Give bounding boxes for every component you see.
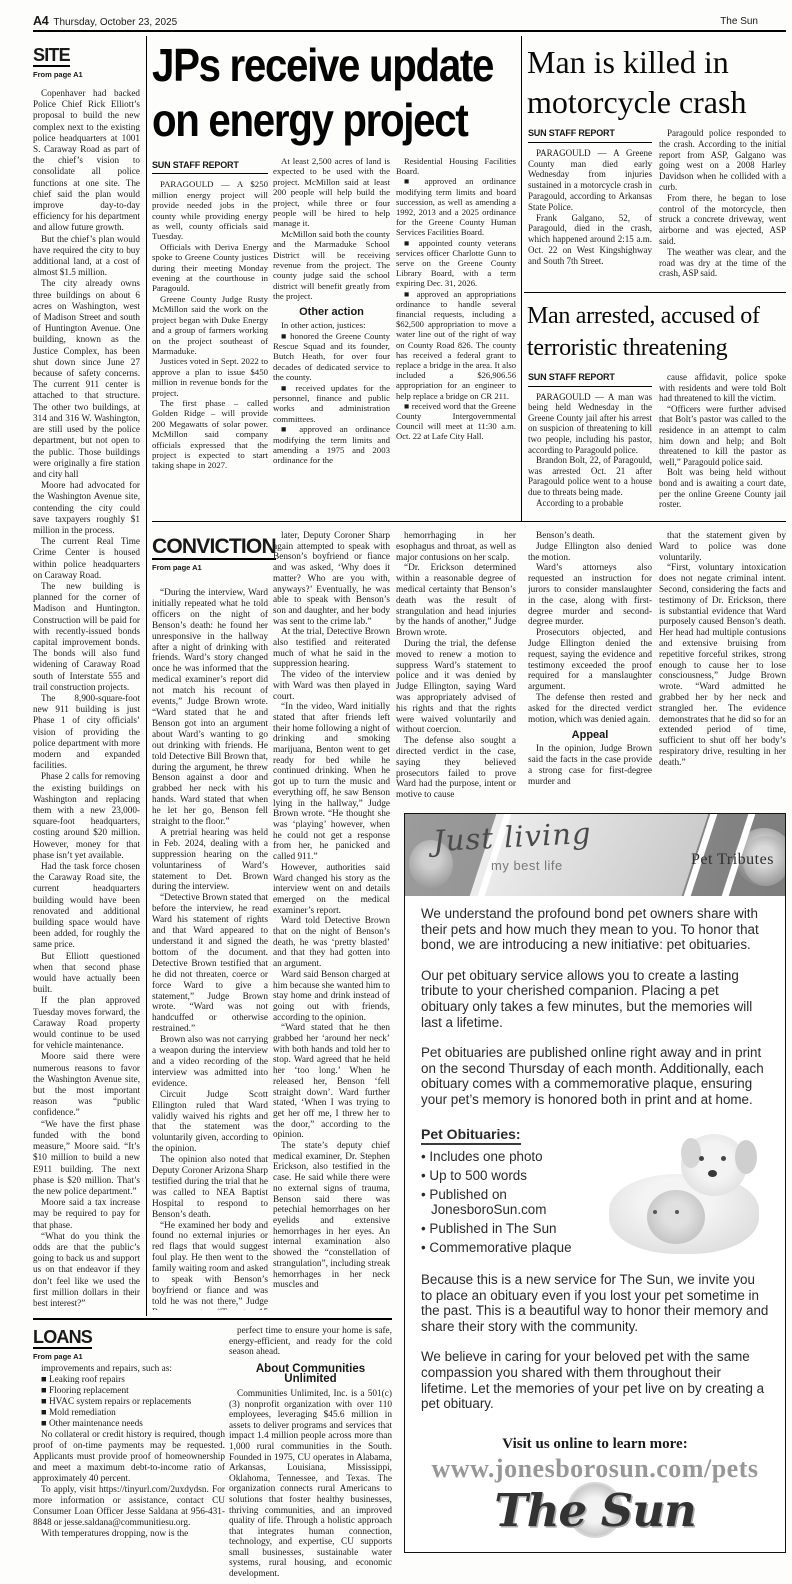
paragraph: PARAGOULD — A man was being held Wednesd… <box>528 392 652 456</box>
conviction-col5: that the statement given by Ward to poli… <box>659 531 786 813</box>
conviction-col4-paragraphs: Benson’s death.Judge Ellington also deni… <box>528 531 652 725</box>
kitten-photo <box>647 1190 705 1244</box>
puppy-eye <box>721 1156 726 1161</box>
paragraph: Ward’s attorneys also requested an instr… <box>528 563 652 628</box>
paragraph: Pet obituaries are published online righ… <box>421 1045 769 1107</box>
paragraph: Our pet obituary service allows you to c… <box>421 968 769 1030</box>
paragraph: “What do you think the odds are that the… <box>33 1231 140 1309</box>
paragraph: Bolt was being held without bond and is … <box>659 467 786 509</box>
ad-cta: Visit us online to learn more: <box>405 1436 785 1453</box>
paragraph: ■ approved an ordinance modifying the te… <box>273 424 390 466</box>
paragraph: At the trial, Detective Brown also testi… <box>273 627 390 670</box>
masthead-left: A4Thursday, October 23, 2025 <box>33 14 177 28</box>
conviction-col3-paragraphs: hemorrhaging in her esophagus and throat… <box>396 531 516 801</box>
loans-title: LOANS <box>33 1328 92 1349</box>
conviction-col3: hemorrhaging in her esophagus and throat… <box>396 531 516 808</box>
paragraph: Judge Ellington also denied the motion. <box>528 542 652 564</box>
conviction-col4: Benson’s death.Judge Ellington also deni… <box>528 531 652 809</box>
energy-col3: Residential Housing Facilities Board.■ a… <box>396 156 516 518</box>
paragraph: ■ honored the Greene County Rescue Squad… <box>273 331 390 383</box>
paragraph: The video of the interview with Ward was… <box>273 670 390 702</box>
vertical-divider-right <box>521 36 522 521</box>
ad-banner: Just living my best life Pet Tributes <box>405 814 785 896</box>
conviction-col1: “During the interview, Ward initially re… <box>152 588 268 1310</box>
arrest-col1-paragraphs: PARAGOULD — A man was being held Wednesd… <box>528 392 652 509</box>
energy-col1-paragraphs: PARAGOULD — A $250 million energy projec… <box>152 179 268 470</box>
paragraph: Brown also was not carrying a weapon dur… <box>152 1035 268 1090</box>
paragraph: Because this is a new service for The Su… <box>421 1272 769 1334</box>
paragraph: The current Real Time Crime Center is ho… <box>33 536 140 581</box>
other-action-subhead: Other action <box>273 307 390 317</box>
paragraph: “Dr. Erickson determined within a reason… <box>396 563 516 639</box>
paragraph: The first phase – called Golden Ridge – … <box>152 398 268 471</box>
conviction-article-header: CONVICTION From page A1 <box>152 536 276 572</box>
arrest-col2: cause affidavit, police spoke with resid… <box>659 372 786 519</box>
paragraph: Moore said a tax increase may be require… <box>33 1197 140 1231</box>
masthead-rule <box>33 30 786 32</box>
puppy-ear <box>681 1138 701 1168</box>
kitten-eye <box>653 1210 657 1214</box>
energy-col2-paragraphs: At least 2,500 acres of land is expected… <box>273 156 390 302</box>
site-article-header: SITE From page A1 <box>33 46 83 79</box>
newspaper-page: A4Thursday, October 23, 2025 The Sun SIT… <box>0 0 792 1584</box>
about-cu-subhead: About Communities Unlimited <box>229 1364 392 1385</box>
motorcycle-col2-paragraphs: Paragould police responded to the crash.… <box>659 128 786 279</box>
issue-date: Thursday, October 23, 2025 <box>53 17 177 28</box>
paragraph: “Officers were further advised that Bolt… <box>659 404 786 468</box>
motorcycle-col1-paragraphs: PARAGOULD — A Greene County man died ear… <box>528 148 652 267</box>
pet-tributes-ad: Just living my best life Pet Tributes We… <box>404 813 786 1553</box>
loans-col2-paragraphs: perfect time to ensure your home is safe… <box>229 1326 392 1358</box>
loans-article-header: LOANS From page A1 <box>33 1328 92 1361</box>
paragraph: But the chief’s plan would have required… <box>33 234 140 279</box>
paragraph: With temperatures dropping, now is the <box>33 1529 225 1540</box>
paragraph: Public confidence is “priceless.” <box>33 1309 140 1310</box>
kitten-eye <box>675 1210 679 1214</box>
motorcycle-col2: Paragould police responded to the crash.… <box>659 128 786 288</box>
paragraph: ■ approved an ordinance modifying term l… <box>396 176 516 237</box>
paragraph: Justices voted in Sept. 2022 to approve … <box>152 356 268 398</box>
energy-byline: SUN STAFF REPORT <box>152 160 268 174</box>
site-paragraphs: Copenhaver had backed Police Chief Rick … <box>33 88 140 1310</box>
conviction-col5-paragraphs: that the statement given by Ward to poli… <box>659 531 786 769</box>
paragraph: “Ward stated that he then grabbed her ‘a… <box>273 1023 390 1141</box>
paragraph: • Commemorative plaque <box>421 1240 616 1256</box>
paragraph: The defense also sought a directed verdi… <box>396 736 516 801</box>
ad-intro-paragraphs: We understand the profound bond pet owne… <box>421 906 769 1123</box>
conviction-col2: later, Deputy Coroner Sharp again attemp… <box>273 531 390 1310</box>
paragraph: Frank Galgano, 52, of Paragould, died in… <box>528 213 652 267</box>
paragraph: ■ HVAC system repairs or replacements <box>33 1397 225 1408</box>
paragraph: A pretrial hearing was held in Feb. 2024… <box>152 828 268 893</box>
paragraph: PARAGOULD — A Greene County man died ear… <box>528 148 652 213</box>
paragraph: • Includes one photo <box>421 1149 616 1165</box>
site-title: SITE <box>33 46 70 67</box>
ad-bottom-paragraphs: Because this is a new service for The Su… <box>421 1272 769 1427</box>
paragraph: that the statement given by Ward to poli… <box>659 531 786 563</box>
paragraph: We understand the profound bond pet owne… <box>421 906 769 953</box>
conviction-col2-paragraphs: later, Deputy Coroner Sharp again attemp… <box>273 531 390 1291</box>
paragraph: ■ Flooring replacement <box>33 1386 225 1397</box>
paragraph: “We have the first phase funded with the… <box>33 1119 140 1197</box>
vertical-divider-left <box>146 36 147 1316</box>
puppy-nose <box>708 1170 717 1177</box>
paragraph: ■ approved an appropriations ordinance t… <box>396 289 516 401</box>
paragraph: ■ received word that the Greene County I… <box>396 401 516 442</box>
paragraph: “He examined her body and found no exter… <box>152 1221 268 1310</box>
paragraph: “In the video, Ward initially stated tha… <box>273 702 390 863</box>
paragraph: Copenhaver had backed Police Chief Rick … <box>33 88 140 234</box>
paragraph: We believe in caring for your beloved pe… <box>421 1349 769 1411</box>
ad-url: www.jonesborosun.com/pets <box>405 1454 785 1484</box>
energy-col3-list: Residential Housing Facilities Board.■ a… <box>396 156 516 442</box>
paragraph: • Published in The Sun <box>421 1221 616 1237</box>
motorcycle-byline: SUN STAFF REPORT <box>528 128 652 143</box>
paragraph: If the plan approved Tuesday moves forwa… <box>33 995 140 1051</box>
paragraph: Circuit Judge Scott Ellington ruled that… <box>152 1090 268 1155</box>
paragraph: The defense then rested and asked for th… <box>528 693 652 725</box>
paragraph: The weather was clear, and the road was … <box>659 247 786 279</box>
paragraph: • Up to 500 words <box>421 1168 616 1184</box>
paragraph: hemorrhaging in her esophagus and throat… <box>396 531 516 563</box>
paragraph: Paragould police responded to the crash.… <box>659 128 786 193</box>
paragraph: ■ received updates for the personnel, fi… <box>273 383 390 425</box>
paragraph: But Elliott questioned when that second … <box>33 951 140 996</box>
paragraph: Phase 2 calls for removing the existing … <box>33 771 140 861</box>
paragraph: Officials with Deriva Energy spoke to Gr… <box>152 242 268 294</box>
banner-sub-text: my best life <box>491 858 563 873</box>
motorcycle-headline: Man is killed in motorcycle crash <box>527 42 787 122</box>
puppy-ear <box>735 1140 757 1174</box>
site-article-body: Copenhaver had backed Police Chief Rick … <box>33 88 140 1310</box>
paragraph: Ward told Detective Brown that on the ni… <box>273 916 390 970</box>
paragraph: ■ Leaking roof repairs <box>33 1375 225 1386</box>
arrest-col2-paragraphs: cause affidavit, police spoke with resid… <box>659 372 786 510</box>
puppy-kitten-photo <box>595 1132 775 1260</box>
article-divider <box>524 292 786 293</box>
newspaper-name: The Sun <box>720 16 758 27</box>
paragraph: The city already owns three buildings on… <box>33 278 140 480</box>
paragraph: However, authorities said Ward changed h… <box>273 863 390 917</box>
paragraph: According to a probable <box>528 498 652 509</box>
loans-col1-paragraphs: improvements and repairs, such as:■ Leak… <box>33 1364 225 1540</box>
sun-logo-text: The Sun <box>405 1482 785 1540</box>
paragraph: At least 2,500 acres of land is expected… <box>273 156 390 229</box>
paragraph: From there, he began to lose control of … <box>659 193 786 247</box>
appeal-subhead: Appeal <box>528 730 652 741</box>
loans-col1: improvements and repairs, such as:■ Leak… <box>33 1364 225 1580</box>
paragraph: McMillon said both the county and the Ma… <box>273 229 390 302</box>
paragraph: cause affidavit, police spoke with resid… <box>659 372 786 404</box>
conviction-title: CONVICTION <box>152 536 276 560</box>
paragraph: PARAGOULD — A $250 million energy projec… <box>152 179 268 241</box>
paragraph: Moore had advocated for the Washington A… <box>33 480 140 536</box>
paragraph: “During the interview, Ward initially re… <box>152 588 268 828</box>
paragraph: Communities Unlimited, Inc. is a 501(c)(… <box>229 1389 392 1580</box>
paragraph: Greene County Judge Rusty McMillon said … <box>152 294 268 356</box>
section-divider <box>152 521 786 522</box>
paragraph: later, Deputy Coroner Sharp again attemp… <box>273 531 390 627</box>
paragraph: The opinion also noted that Deputy Coron… <box>152 1155 268 1220</box>
energy-col2-list: In other action, justices:■ honored the … <box>273 320 390 466</box>
sun-logo: The Sun <box>405 1482 785 1544</box>
paragraph: The new building is planned for the corn… <box>33 581 140 693</box>
energy-col2: At least 2,500 acres of land is expected… <box>273 156 390 518</box>
paragraph: Prosecutors objected, and Judge Ellingto… <box>528 628 652 693</box>
paragraph: To apply, visit https://tinyurl.com/2uxd… <box>33 1485 225 1529</box>
paragraph: During the trial, the defense moved to r… <box>396 639 516 736</box>
paragraph: improvements and repairs, such as: <box>33 1364 225 1375</box>
paragraph: In the opinion, Judge Brown said the fac… <box>528 744 652 787</box>
loans-col2: perfect time to ensure your home is safe… <box>229 1326 392 1580</box>
paragraph: The 8,900-square-foot new 911 building i… <box>33 693 140 771</box>
paragraph: Had the task force chosen the Caraway Ro… <box>33 861 140 951</box>
arrest-col1: SUN STAFF REPORT PARAGOULD — A man was b… <box>528 372 652 519</box>
paragraph: ■ Other maintenance needs <box>33 1419 225 1430</box>
paragraph: No collateral or credit history is requi… <box>33 1430 225 1485</box>
paragraph: Benson’s death. <box>528 531 652 542</box>
conviction-col1-paragraphs: “During the interview, Ward initially re… <box>152 588 268 1310</box>
motorcycle-col1: SUN STAFF REPORT PARAGOULD — A Greene Co… <box>528 128 652 288</box>
site-kicker: From page A1 <box>33 70 83 79</box>
conviction-kicker: From page A1 <box>152 563 276 572</box>
arrest-byline: SUN STAFF REPORT <box>528 372 652 387</box>
paragraph: Brandon Bolt, 22, of Paragould, was arre… <box>528 455 652 497</box>
paragraph: “Detective Brown stated that before the … <box>152 893 268 1035</box>
pet-obituaries-heading: Pet Obituaries: <box>421 1126 521 1145</box>
banner-pet-tributes-label: Pet Tributes <box>691 851 774 869</box>
page-number: A4 <box>33 14 48 28</box>
paragraph: ■ Mold remediation <box>33 1408 225 1419</box>
paragraph: Moore said there were numerous reasons t… <box>33 1051 140 1118</box>
paragraph: In other action, justices: <box>273 320 390 330</box>
paragraph: perfect time to ensure your home is safe… <box>229 1326 392 1358</box>
pet-obituaries-list: • Includes one photo• Up to 500 words• P… <box>421 1149 616 1259</box>
puppy-eye <box>699 1156 704 1161</box>
energy-headline: JPs receive update on energy project <box>152 38 518 148</box>
conviction-col4b-paragraphs: In the opinion, Judge Brown said the fac… <box>528 744 652 787</box>
paragraph: Residential Housing Facilities Board. <box>396 156 516 176</box>
arrest-headline: Man arrested, accused of terroristic thr… <box>527 300 789 364</box>
loans-divider <box>33 1318 392 1320</box>
paragraph: • Published on JonesboroSun.com <box>421 1187 616 1219</box>
loans-kicker: From page A1 <box>33 1352 92 1361</box>
loans-col2b-paragraphs: Communities Unlimited, Inc. is a 501(c)(… <box>229 1389 392 1580</box>
energy-col1: SUN STAFF REPORT PARAGOULD — A $250 mill… <box>152 160 268 518</box>
paragraph: “First, voluntary intoxication does not … <box>659 563 786 768</box>
paragraph: Ward said Benson charged at him because … <box>273 970 390 1024</box>
paragraph: The state’s deputy chief medical examine… <box>273 1141 390 1291</box>
paragraph: ■ appointed county veterans services off… <box>396 238 516 289</box>
